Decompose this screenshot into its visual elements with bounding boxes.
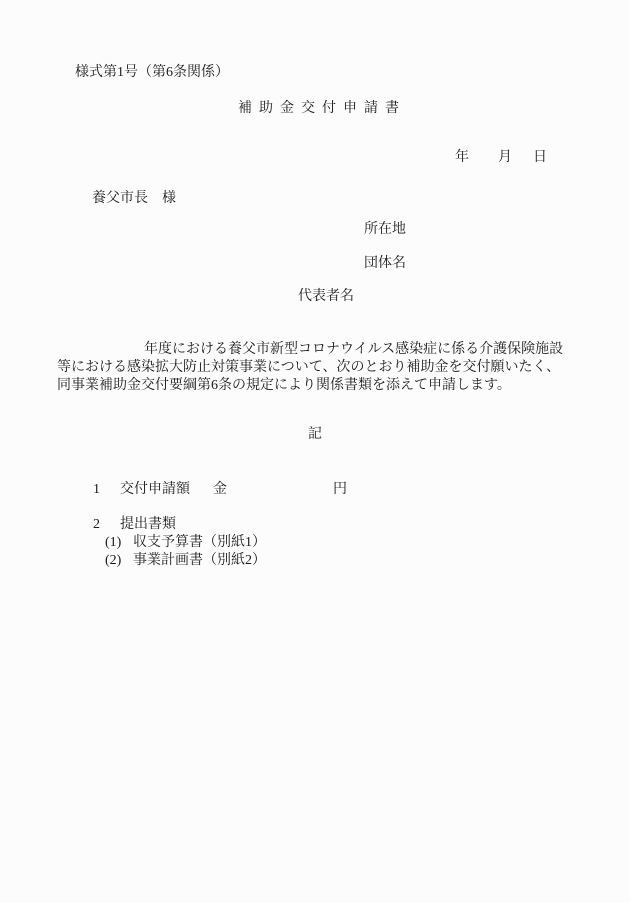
applicant-organization-label: 団体名 (364, 255, 406, 272)
date-month-label: 月 (498, 149, 512, 166)
item1-currency-suffix: 円 (333, 481, 347, 498)
body-paragraph-line-2: 等における感染拡大防止対策事業について、次のとおり補助金を交付願いたく、 (57, 359, 560, 376)
attachment-2-text: 事業計画書（別紙2） (133, 552, 266, 569)
item2-label: 提出書類 (120, 516, 176, 533)
form-number: 様式第1号（第6条関係） (75, 64, 229, 81)
item1-label: 交付申請額 (120, 481, 190, 498)
item1-number: 1 (93, 481, 100, 498)
date-year-label: 年 (455, 149, 469, 166)
attachment-1-text: 収支予算書（別紙1） (133, 534, 266, 551)
note-marker: 記 (0, 426, 630, 443)
date-day-label: 日 (533, 149, 547, 166)
attachment-1-number: (1) (105, 534, 121, 551)
item1-currency-prefix: 金 (213, 481, 227, 498)
body-paragraph-line-3: 同事業補助金交付要綱第6条の規定により関係書類を添えて申請します。 (57, 377, 511, 394)
attachment-2-number: (2) (105, 552, 121, 569)
body-paragraph-line-1: 年度における養父市新型コロナウイルス感染症に係る介護保険施設 (144, 341, 563, 358)
addressee: 養父市長 様 (92, 190, 176, 207)
applicant-representative-label: 代表者名 (298, 288, 354, 305)
item2-number: 2 (93, 516, 100, 533)
applicant-address-label: 所在地 (364, 221, 406, 238)
document-title: 補助金交付申請書 (238, 100, 406, 117)
document-page: 様式第1号（第6条関係） 補助金交付申請書 年 月 日 養父市長 様 所在地 団… (0, 0, 630, 903)
